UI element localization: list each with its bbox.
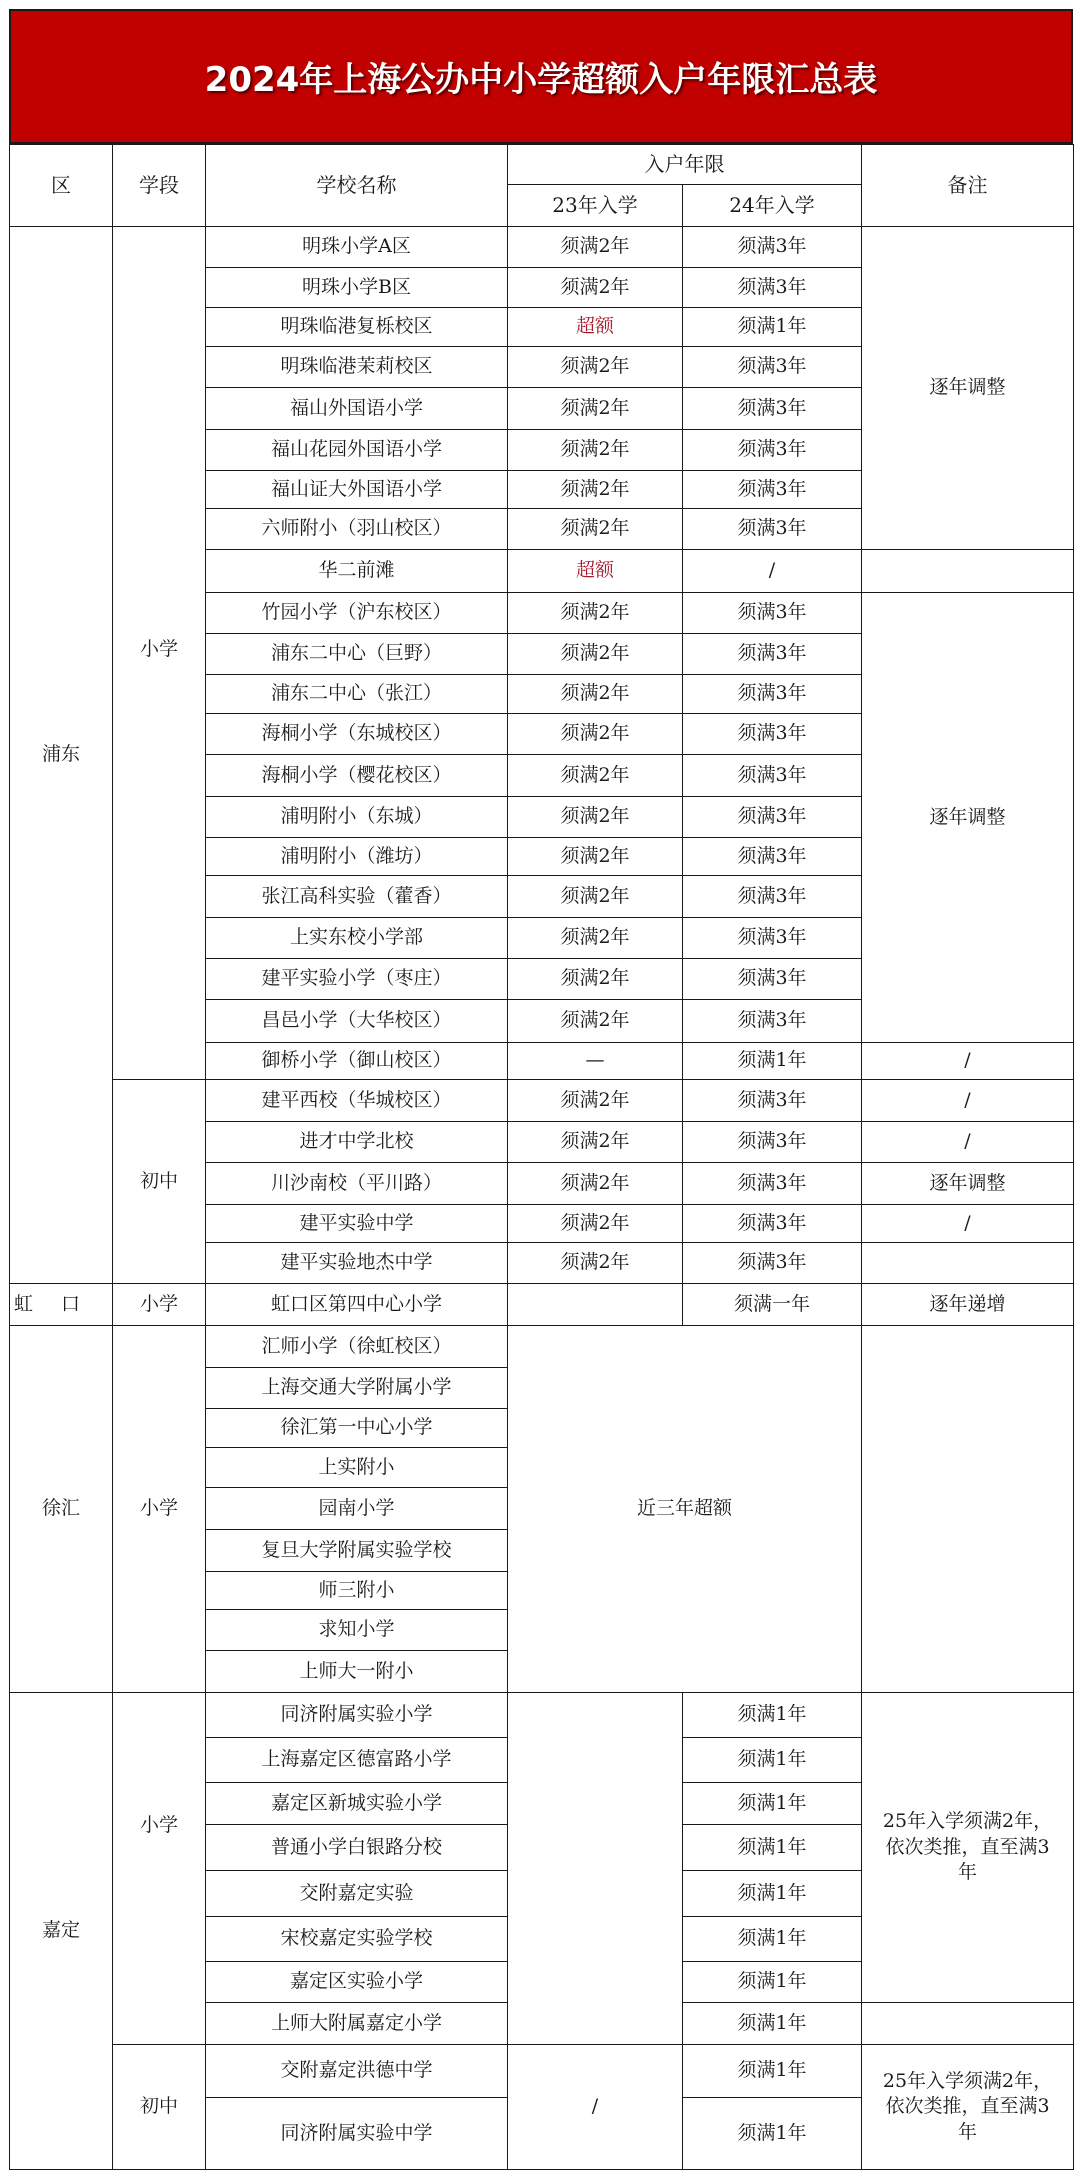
school-name-text: 普通小学白银路分校 — [271, 1835, 442, 1861]
enroll-2024-requirement-text: 须满3年 — [737, 884, 806, 910]
remark-text: / — [964, 1211, 970, 1237]
residency-recent-three-years-oversubscribed: 近三年超额 — [507, 1325, 862, 1693]
enroll-2023-requirement-text: 须满2年 — [560, 600, 629, 626]
enroll-2024-requirement-text: 须满3年 — [737, 396, 806, 422]
school-name-text: 上海交通大学附属小学 — [261, 1375, 451, 1401]
school-name-text: 福山花园外国语小学 — [271, 437, 442, 463]
school-name: 建平实验中学 — [205, 1204, 508, 1243]
enroll-2024-requirement: 须满3年 — [682, 999, 862, 1043]
enroll-2023-requirement: — — [507, 1042, 683, 1080]
enroll-2023-requirement: 须满2年 — [507, 958, 683, 1000]
enroll-2024-requirement-text: 须满3年 — [737, 477, 806, 503]
school-name-text: 浦东二中心（巨野） — [271, 641, 442, 667]
school-name: 宋校嘉定实验学校 — [205, 1916, 508, 1962]
school-name-text: 虹口区第四中心小学 — [271, 1292, 442, 1318]
school-name: 同济附属实验小学 — [205, 1692, 508, 1738]
enroll-2023-requirement-text: 须满2年 — [560, 477, 629, 503]
enroll-2023-requirement: 须满2年 — [507, 837, 683, 876]
enroll-2024-requirement-text: 须满3年 — [737, 681, 806, 707]
stage-hongkou-primary-text: 小学 — [140, 1292, 178, 1318]
school-name-text: 昌邑小学（大华校区） — [261, 1008, 451, 1034]
enroll-2023-requirement-text: 须满2年 — [560, 1171, 629, 1197]
remark-phased-increase: 25年入学须满2年，依次类推，直至满3年 — [861, 2044, 1074, 2170]
enroll-2024-requirement: 须满1年 — [682, 1961, 862, 2003]
enroll-2023-requirement: 须满2年 — [507, 1204, 683, 1243]
school-name-text: 上师大附属嘉定小学 — [271, 2011, 442, 2037]
enroll-2023-requirement-text: — — [586, 1048, 605, 1074]
remark: / — [861, 1121, 1074, 1163]
district-hongkou: 虹口 — [9, 1283, 113, 1326]
enroll-2023-requirement-text: 须满2年 — [560, 354, 629, 380]
enroll-2023-requirement: 须满2年 — [507, 1079, 683, 1122]
school-name: 明珠临港茉莉校区 — [205, 346, 508, 388]
enroll-2023-requirement: 须满2年 — [507, 387, 683, 430]
enroll-2024-requirement-text: 须满1年 — [737, 1835, 806, 1861]
remark-yearly-adjust: 逐年调整 — [861, 226, 1074, 550]
district-xuhui: 徐汇 — [9, 1325, 113, 1693]
school-name-text: 张江高科实验（藿香） — [261, 884, 451, 910]
header-school-name: 学校名称 — [205, 144, 508, 227]
header-school-name-text: 学校名称 — [317, 172, 397, 199]
enroll-2024-requirement-text: 须满3年 — [737, 354, 806, 380]
enroll-2023-requirement: 须满2年 — [507, 633, 683, 675]
enroll-2024-requirement: 须满3年 — [682, 508, 862, 550]
stage-pudong-junior-text: 初中 — [140, 1169, 178, 1195]
school-name: 建平实验地杰中学 — [205, 1242, 508, 1284]
enroll-2023-requirement: 须满2年 — [507, 470, 683, 509]
enroll-2024-requirement-text: 须满3年 — [737, 966, 806, 992]
school-name: 交附嘉定实验 — [205, 1870, 508, 1917]
enroll-2024-requirement: 须满1年 — [682, 1916, 862, 1962]
enroll-2024-requirement: 须满一年 — [682, 1283, 862, 1326]
school-name: 海桐小学（樱花校区） — [205, 754, 508, 797]
header-enroll-2023-text: 23年入学 — [552, 192, 637, 219]
enroll-2023-requirement-text: 须满2年 — [560, 437, 629, 463]
enroll-2023-requirement: 须满2年 — [507, 674, 683, 714]
enroll-2024-requirement-text: 须满3年 — [737, 721, 806, 747]
school-name: 嘉定区新城实验小学 — [205, 1782, 508, 1825]
school-name: 明珠小学A区 — [205, 226, 508, 268]
remark-yearly-increase-text: 逐年递增 — [929, 1292, 1005, 1318]
school-name-text: 汇师小学（徐虹校区） — [261, 1334, 451, 1360]
enroll-2023-requirement: 须满2年 — [507, 713, 683, 755]
enroll-2023-requirement-text: 须满2年 — [560, 804, 629, 830]
enroll-2024-requirement-text: 须满3年 — [737, 844, 806, 870]
school-name: 六师附小（羽山校区） — [205, 508, 508, 550]
school-name-text: 华二前滩 — [318, 558, 394, 584]
header-enroll-2024: 24年入学 — [682, 184, 862, 227]
enroll-2024-requirement-text: 须满3年 — [737, 234, 806, 260]
enroll-2023-requirement: / — [507, 2044, 683, 2170]
enroll-2023-requirement-text: 须满2年 — [560, 925, 629, 951]
enroll-2024-requirement: 须满3年 — [682, 387, 862, 430]
enroll-2024-requirement: 须满3年 — [682, 1121, 862, 1163]
stage-xuhui-primary-text: 小学 — [140, 1496, 178, 1522]
enroll-2024-requirement: 须满3年 — [682, 1162, 862, 1205]
school-name: 进才中学北校 — [205, 1121, 508, 1163]
school-name-text: 六师附小（羽山校区） — [261, 516, 451, 542]
school-name-text: 徐汇第一中心小学 — [280, 1415, 432, 1441]
enroll-2024-requirement: 须满1年 — [682, 1782, 862, 1825]
enroll-2024-requirement: 须满1年 — [682, 2002, 862, 2045]
enroll-2024-requirement-text: 须满1年 — [737, 1881, 806, 1907]
enroll-2023-requirement-text: 须满2年 — [560, 234, 629, 260]
school-name: 普通小学白银路分校 — [205, 1824, 508, 1871]
school-name: 上海嘉定区德富路小学 — [205, 1737, 508, 1783]
enroll-2024-requirement-text: 须满1年 — [737, 1926, 806, 1952]
enroll-2023-requirement-text: 须满2年 — [560, 884, 629, 910]
stage-jiading-primary: 小学 — [112, 1692, 206, 2045]
enroll-2023-requirement: 超额 — [507, 549, 683, 593]
school-name: 川沙南校（平川路） — [205, 1162, 508, 1205]
school-name-text: 浦明附小（潍坊） — [280, 844, 432, 870]
school-name-text: 交附嘉定实验 — [299, 1881, 413, 1907]
district-xuhui-text: 徐汇 — [42, 1496, 80, 1522]
enroll-2024-requirement-text: 须满1年 — [737, 314, 806, 340]
enroll-2024-requirement: / — [682, 549, 862, 593]
school-name-text: 同济附属实验小学 — [280, 1702, 432, 1728]
school-name: 福山花园外国语小学 — [205, 429, 508, 471]
enroll-2024-requirement-text: 须满1年 — [737, 1969, 806, 1995]
school-name-text: 求知小学 — [318, 1617, 394, 1643]
school-name: 虹口区第四中心小学 — [205, 1283, 508, 1326]
remark-empty — [861, 549, 1074, 593]
school-name: 同济附属实验中学 — [205, 2097, 508, 2170]
school-name: 福山证大外国语小学 — [205, 470, 508, 509]
school-name: 汇师小学（徐虹校区） — [205, 1325, 508, 1368]
stage-pudong-primary: 小学 — [112, 226, 206, 1080]
enroll-2023-requirement-text: 须满2年 — [560, 1211, 629, 1237]
enroll-2024-requirement: 须满3年 — [682, 837, 862, 876]
remark-text: / — [964, 1129, 970, 1155]
enroll-2024-requirement-text: 须满3年 — [737, 1129, 806, 1155]
school-name: 竹园小学（沪东校区） — [205, 592, 508, 634]
enroll-2023-requirement: 须满2年 — [507, 226, 683, 268]
enroll-2023-requirement-text: 须满2年 — [560, 1250, 629, 1276]
enroll-2024-requirement: 须满1年 — [682, 2044, 862, 2098]
enroll-2024-requirement: 须满3年 — [682, 1079, 862, 1122]
header-residency-years: 入户年限 — [507, 144, 862, 185]
header-district-text: 区 — [51, 172, 71, 199]
header-stage: 学段 — [112, 144, 206, 227]
stage-pudong-junior: 初中 — [112, 1079, 206, 1284]
remark-yearly-adjust: 逐年调整 — [861, 592, 1074, 1043]
enroll-2024-requirement: 须满3年 — [682, 796, 862, 838]
enroll-2024-requirement: 须满3年 — [682, 346, 862, 388]
enroll-2024-requirement: 须满3年 — [682, 958, 862, 1000]
enroll-2023-requirement: 须满2年 — [507, 267, 683, 308]
enroll-2024-requirement-text: 须满3年 — [737, 1171, 806, 1197]
enroll-2024-requirement: 须满1年 — [682, 1737, 862, 1783]
enroll-2024-requirement-text: 须满3年 — [737, 1250, 806, 1276]
district-jiading-text: 嘉定 — [42, 1918, 80, 1944]
school-name-text: 交附嘉定洪德中学 — [280, 2058, 432, 2084]
enroll-2023-requirement: 须满2年 — [507, 1242, 683, 1284]
school-name-text: 宋校嘉定实验学校 — [280, 1926, 432, 1952]
remark — [861, 1242, 1074, 1284]
school-name: 求知小学 — [205, 1609, 508, 1651]
enroll-2024-requirement-text: 须满3年 — [737, 925, 806, 951]
remark-yearly-adjust-text: 逐年调整 — [929, 375, 1005, 401]
district-pudong: 浦东 — [9, 226, 113, 1284]
enroll-2024-requirement: 须满3年 — [682, 226, 862, 268]
school-name: 明珠临港复栎校区 — [205, 307, 508, 347]
school-name: 浦东二中心（张江） — [205, 674, 508, 714]
enroll-2023-requirement: 须满2年 — [507, 875, 683, 918]
enroll-2023-requirement-text: 须满2年 — [560, 1008, 629, 1034]
remark: / — [861, 1079, 1074, 1122]
enroll-2023-requirement-text: 须满2年 — [560, 681, 629, 707]
remark: 逐年调整 — [861, 1162, 1074, 1205]
school-name: 上实附小 — [205, 1447, 508, 1488]
admission-table: 区学段学校名称入户年限23年入学24年入学备注浦东小学初中明珠小学A区须满2年须… — [0, 0, 1080, 2178]
remark-text: 逐年调整 — [929, 1171, 1005, 1197]
enroll-2023-requirement-text: 须满2年 — [560, 641, 629, 667]
school-name: 明珠小学B区 — [205, 267, 508, 308]
school-name-text: 建平实验中学 — [299, 1211, 413, 1237]
school-name-text: 上实东校小学部 — [290, 925, 423, 951]
school-name: 交附嘉定洪德中学 — [205, 2044, 508, 2098]
school-name-text: 同济附属实验中学 — [280, 2121, 432, 2147]
enroll-2023-requirement: 须满2年 — [507, 1121, 683, 1163]
enroll-2023-requirement-text: 须满2年 — [560, 844, 629, 870]
header-stage-text: 学段 — [139, 172, 179, 199]
enroll-2024-requirement: 须满1年 — [682, 1824, 862, 1871]
stage-pudong-primary-text: 小学 — [140, 637, 178, 663]
remark-slash-text: / — [964, 1048, 970, 1074]
enroll-2024-requirement: 须满3年 — [682, 875, 862, 918]
district-pudong-text: 浦东 — [42, 742, 80, 768]
enroll-2024-requirement: 须满1年 — [682, 1692, 862, 1738]
school-name-text: 上实附小 — [318, 1455, 394, 1481]
school-name: 御桥小学（御山校区） — [205, 1042, 508, 1080]
enroll-2024-requirement-text: 须满3年 — [737, 804, 806, 830]
enroll-2023-requirement — [507, 1283, 683, 1326]
remark-phased-increase-text: 25年入学须满2年，依次类推，直至满3年 — [876, 1809, 1059, 1886]
school-name: 园南小学 — [205, 1487, 508, 1530]
enroll-2023-requirement: 须满2年 — [507, 592, 683, 634]
stage-hongkou-primary: 小学 — [112, 1283, 206, 1326]
enroll-2024-requirement-text: 须满3年 — [737, 275, 806, 301]
enroll-2024-requirement: 须满1年 — [682, 2097, 862, 2170]
enroll-2023-requirement-text: 须满2年 — [560, 1088, 629, 1114]
remark-yearly-adjust-text: 逐年调整 — [929, 805, 1005, 831]
school-name-text: 师三附小 — [318, 1578, 394, 1604]
school-name: 上海交通大学附属小学 — [205, 1367, 508, 1409]
enroll-2023-requirement: 超额 — [507, 307, 683, 347]
school-name: 上实东校小学部 — [205, 917, 508, 959]
stage-jiading-primary-text: 小学 — [140, 1813, 178, 1839]
school-name: 华二前滩 — [205, 549, 508, 593]
school-name: 建平西校（华城校区） — [205, 1079, 508, 1122]
school-name: 张江高科实验（藿香） — [205, 875, 508, 918]
enroll-2024-requirement-text: 须满3年 — [737, 516, 806, 542]
enroll-2024-requirement-text: 须满1年 — [737, 2058, 806, 2084]
residency-recent-three-years-oversubscribed-text: 近三年超额 — [637, 1496, 732, 1522]
school-name: 浦明附小（潍坊） — [205, 837, 508, 876]
enroll-2024-requirement-text: 须满1年 — [737, 2121, 806, 2147]
school-name-text: 进才中学北校 — [299, 1129, 413, 1155]
remark-phased-increase: 25年入学须满2年，依次类推，直至满3年 — [861, 1692, 1074, 2003]
enroll-2024-requirement-text: 须满3年 — [737, 1088, 806, 1114]
enroll-2023-requirement: 须满2年 — [507, 754, 683, 797]
enroll-2024-requirement-text: 须满1年 — [737, 1702, 806, 1728]
enroll-2024-requirement-text: 须满1年 — [737, 1747, 806, 1773]
enroll-2023-requirement: 须满2年 — [507, 796, 683, 838]
remark-slash: / — [861, 1042, 1074, 1080]
enroll-2024-requirement: 须满3年 — [682, 674, 862, 714]
school-name-text: 园南小学 — [318, 1496, 394, 1522]
enroll-2024-requirement-text: 须满3年 — [737, 1211, 806, 1237]
school-name-text: 海桐小学（东城校区） — [261, 721, 451, 747]
district-hongkou-text: 虹口 — [14, 1292, 108, 1318]
enroll-2024-requirement: 须满3年 — [682, 592, 862, 634]
enroll-2023-requirement-text: / — [592, 2094, 598, 2120]
enroll-2023-requirement: 须满2年 — [507, 429, 683, 471]
stage-jiading-junior-text: 初中 — [140, 2094, 178, 2120]
school-name-text: 上海嘉定区德富路小学 — [261, 1747, 451, 1773]
header-remarks: 备注 — [861, 144, 1074, 227]
enroll-2023-requirement: 须满2年 — [507, 1162, 683, 1205]
school-name-text: 建平实验地杰中学 — [280, 1250, 432, 1276]
remark-empty — [861, 2002, 1074, 2045]
enroll-2024-requirement-text: 须满一年 — [734, 1292, 810, 1318]
school-name-text: 嘉定区新城实验小学 — [271, 1791, 442, 1817]
school-name: 徐汇第一中心小学 — [205, 1408, 508, 1448]
enroll-2023-requirement: 须满2年 — [507, 508, 683, 550]
school-name-text: 福山外国语小学 — [290, 396, 423, 422]
school-name-text: 川沙南校（平川路） — [271, 1171, 442, 1197]
school-name-text: 竹园小学（沪东校区） — [261, 600, 451, 626]
school-name: 建平实验小学（枣庄） — [205, 958, 508, 1000]
enroll-2024-requirement-text: 须满1年 — [737, 1791, 806, 1817]
stage-xuhui-primary: 小学 — [112, 1325, 206, 1693]
enroll-2024-requirement: 须满3年 — [682, 429, 862, 471]
enroll-2024-requirement: 须满1年 — [682, 307, 862, 347]
school-name-text: 浦明附小（东城） — [280, 804, 432, 830]
enroll-2024-requirement-text: 须满3年 — [737, 600, 806, 626]
enroll-2024-requirement: 须满3年 — [682, 633, 862, 675]
enroll-2023-requirement: 须满2年 — [507, 346, 683, 388]
remark-text: / — [964, 1088, 970, 1114]
enroll-2023-requirement-text: 须满2年 — [560, 1129, 629, 1155]
school-name-text: 建平西校（华城校区） — [261, 1088, 451, 1114]
enroll-2024-requirement-text: 须满3年 — [737, 763, 806, 789]
enroll-2023-requirement — [507, 1692, 683, 2045]
enroll-2023-requirement: 须满2年 — [507, 917, 683, 959]
stage-jiading-junior: 初中 — [112, 2044, 206, 2170]
enroll-2023-requirement: 须满2年 — [507, 999, 683, 1043]
remark-yearly-increase: 逐年递增 — [861, 1283, 1074, 1326]
school-name-text: 明珠小学A区 — [302, 234, 411, 260]
enroll-2024-requirement-text: 须满1年 — [737, 1048, 806, 1074]
header-enroll-2024-text: 24年入学 — [729, 192, 814, 219]
enroll-2024-requirement-text: / — [769, 558, 775, 584]
school-name-text: 福山证大外国语小学 — [271, 477, 442, 503]
enroll-2024-requirement: 须满3年 — [682, 470, 862, 509]
enroll-2024-requirement-text: 须满3年 — [737, 437, 806, 463]
enroll-2024-requirement: 须满3年 — [682, 713, 862, 755]
enroll-2024-requirement: 须满3年 — [682, 917, 862, 959]
school-name: 福山外国语小学 — [205, 387, 508, 430]
school-name-text: 海桐小学（樱花校区） — [261, 763, 451, 789]
school-name: 复旦大学附属实验学校 — [205, 1529, 508, 1572]
enroll-2023-requirement-text: 须满2年 — [560, 396, 629, 422]
enroll-2023-requirement-text: 超额 — [576, 558, 614, 584]
enroll-2024-requirement: 须满3年 — [682, 754, 862, 797]
enroll-2024-requirement-text: 须满3年 — [737, 1008, 806, 1034]
school-name: 浦东二中心（巨野） — [205, 633, 508, 675]
enroll-2024-requirement-text: 须满1年 — [737, 2011, 806, 2037]
remark: / — [861, 1204, 1074, 1243]
school-name-text: 御桥小学（御山校区） — [261, 1048, 451, 1074]
header-enroll-2023: 23年入学 — [507, 184, 683, 227]
header-district: 区 — [9, 144, 113, 227]
enroll-2024-requirement: 须满1年 — [682, 1042, 862, 1080]
school-name: 浦明附小（东城） — [205, 796, 508, 838]
enroll-2023-requirement-text: 须满2年 — [560, 966, 629, 992]
school-name: 海桐小学（东城校区） — [205, 713, 508, 755]
remark-empty — [861, 1325, 1074, 1693]
school-name: 嘉定区实验小学 — [205, 1961, 508, 2003]
enroll-2023-requirement-text: 须满2年 — [560, 721, 629, 747]
school-name-text: 上师大一附小 — [299, 1659, 413, 1685]
enroll-2024-requirement-text: 须满3年 — [737, 641, 806, 667]
header-residency-years-text: 入户年限 — [645, 151, 725, 178]
school-name-text: 明珠小学B区 — [302, 275, 411, 301]
school-name-text: 浦东二中心（张江） — [271, 681, 442, 707]
school-name-text: 明珠临港茉莉校区 — [280, 354, 432, 380]
school-name-text: 复旦大学附属实验学校 — [261, 1538, 451, 1564]
school-name-text: 建平实验小学（枣庄） — [261, 966, 451, 992]
enroll-2023-requirement-text: 须满2年 — [560, 763, 629, 789]
school-name-text: 嘉定区实验小学 — [290, 1969, 423, 1995]
enroll-2024-requirement: 须满3年 — [682, 267, 862, 308]
district-jiading: 嘉定 — [9, 1692, 113, 2170]
enroll-2024-requirement: 须满1年 — [682, 1870, 862, 1917]
enroll-2023-requirement-text: 须满2年 — [560, 516, 629, 542]
school-name: 上师大附属嘉定小学 — [205, 2002, 508, 2045]
enroll-2023-requirement-text: 超额 — [576, 314, 614, 340]
school-name: 上师大一附小 — [205, 1650, 508, 1693]
header-remarks-text: 备注 — [948, 172, 988, 199]
remark-phased-increase-text: 25年入学须满2年，依次类推，直至满3年 — [876, 2069, 1059, 2146]
school-name: 师三附小 — [205, 1571, 508, 1610]
school-name-text: 明珠临港复栎校区 — [280, 314, 432, 340]
school-name: 昌邑小学（大华校区） — [205, 999, 508, 1043]
enroll-2023-requirement-text: 须满2年 — [560, 275, 629, 301]
enroll-2024-requirement: 须满3年 — [682, 1242, 862, 1284]
enroll-2024-requirement: 须满3年 — [682, 1204, 862, 1243]
